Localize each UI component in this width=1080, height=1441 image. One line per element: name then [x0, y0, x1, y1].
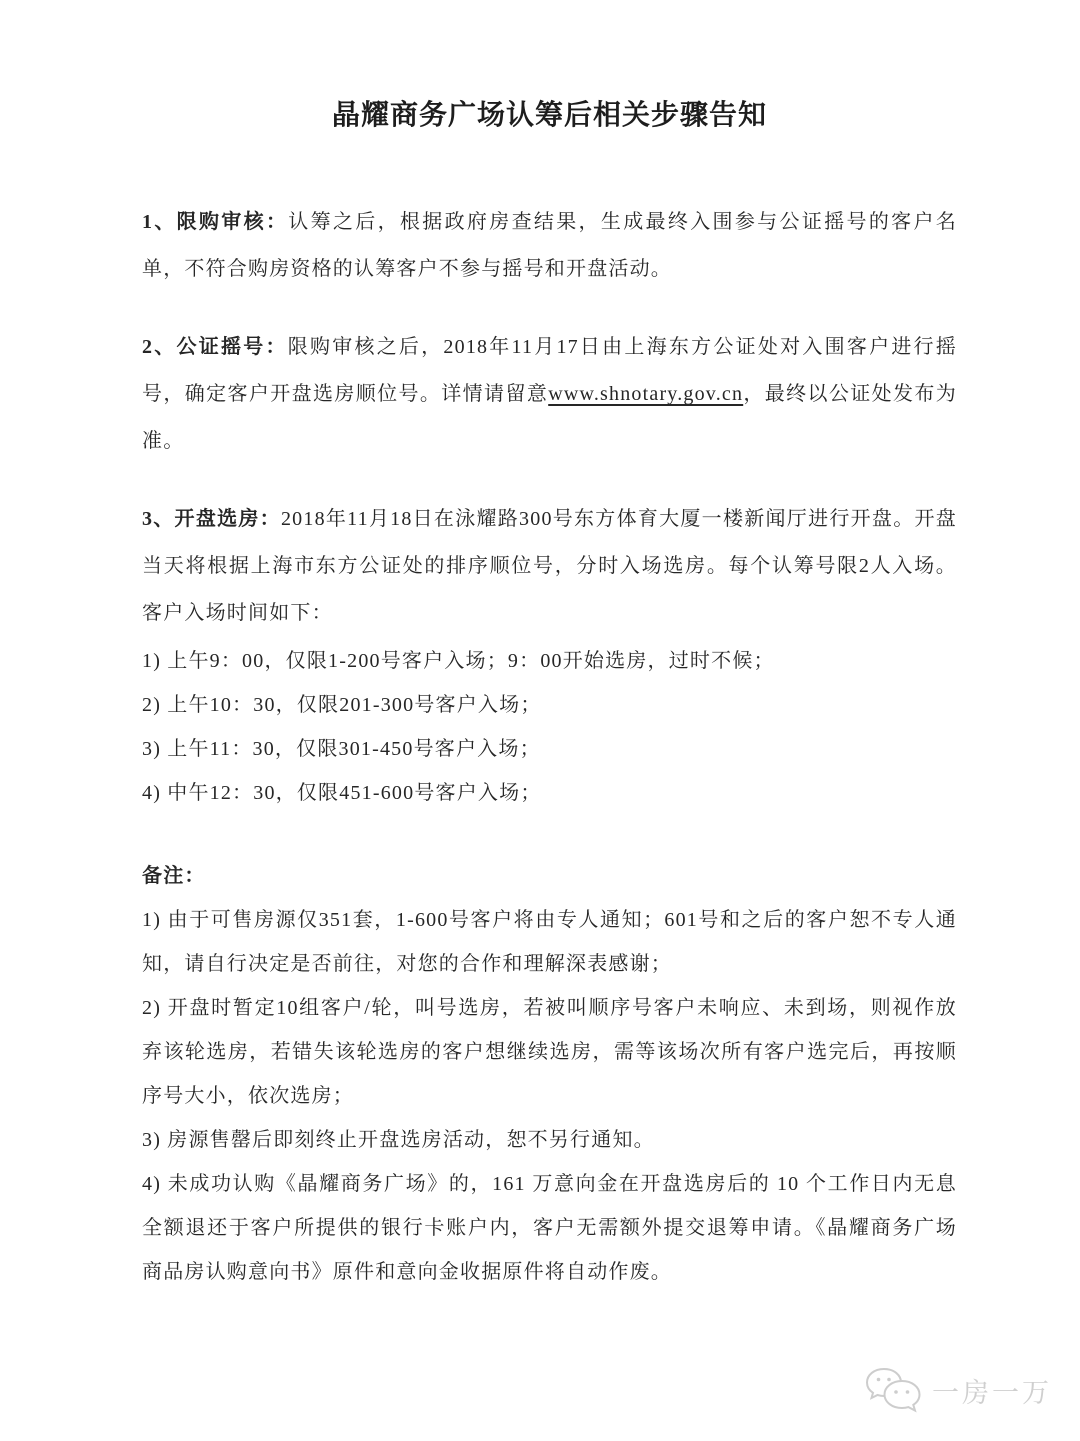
schedule-line-3: 3) 上午11：30，仅限301-450号客户入场；	[142, 727, 957, 771]
watermark-text: 一房一万	[932, 1371, 1052, 1410]
document-page: 晶耀商务广场认筹后相关步骤告知 1、限购审核：认筹之后，根据政府房查结果，生成最…	[0, 0, 1080, 1294]
note-4: 4) 未成功认购《晶耀商务广场》的，161 万意向金在开盘选房后的 10 个工作…	[142, 1162, 957, 1294]
paragraph-item-3: 3、开盘选房：2018年11月18日在泳耀路300号东方体育大厦一楼新闻厅进行开…	[142, 496, 957, 637]
notary-url-link[interactable]: www.shnotary.gov.cn	[548, 383, 743, 405]
page-title: 晶耀商务广场认筹后相关步骤告知	[142, 95, 957, 137]
item-1-label: 1、限购审核：	[142, 211, 288, 233]
schedule-line-1: 1) 上午9：00，仅限1-200号客户入场；9：00开始选房，过时不候；	[142, 639, 957, 683]
notes-list: 1) 由于可售房源仅351套，1-600号客户将由专人通知；601号和之后的客户…	[142, 898, 957, 1294]
wechat-icon	[862, 1365, 924, 1415]
note-3: 3) 房源售罄后即刻终止开盘选房活动，恕不另行通知。	[142, 1118, 957, 1162]
watermark: 一房一万	[862, 1365, 1052, 1415]
note-1: 1) 由于可售房源仅351套，1-600号客户将由专人通知；601号和之后的客户…	[142, 898, 957, 986]
schedule-line-2: 2) 上午10：30，仅限201-300号客户入场；	[142, 683, 957, 727]
item-3-label: 3、开盘选房：	[142, 508, 281, 530]
note-2: 2) 开盘时暂定10组客户/轮，叫号选房，若被叫顺序号客户未响应、未到场，则视作…	[142, 986, 957, 1118]
paragraph-item-1: 1、限购审核：认筹之后，根据政府房查结果，生成最终入围参与公证摇号的客户名单，不…	[142, 199, 957, 293]
entry-schedule-list: 1) 上午9：00，仅限1-200号客户入场；9：00开始选房，过时不候； 2)…	[142, 639, 957, 815]
item-2-label: 2、公证摇号：	[142, 336, 288, 358]
schedule-line-4: 4) 中午12：30，仅限451-600号客户入场；	[142, 771, 957, 815]
paragraph-item-2: 2、公证摇号：限购审核之后，2018年11月17日由上海东方公证处对入围客户进行…	[142, 324, 957, 465]
notes-heading: 备注：	[142, 854, 957, 898]
